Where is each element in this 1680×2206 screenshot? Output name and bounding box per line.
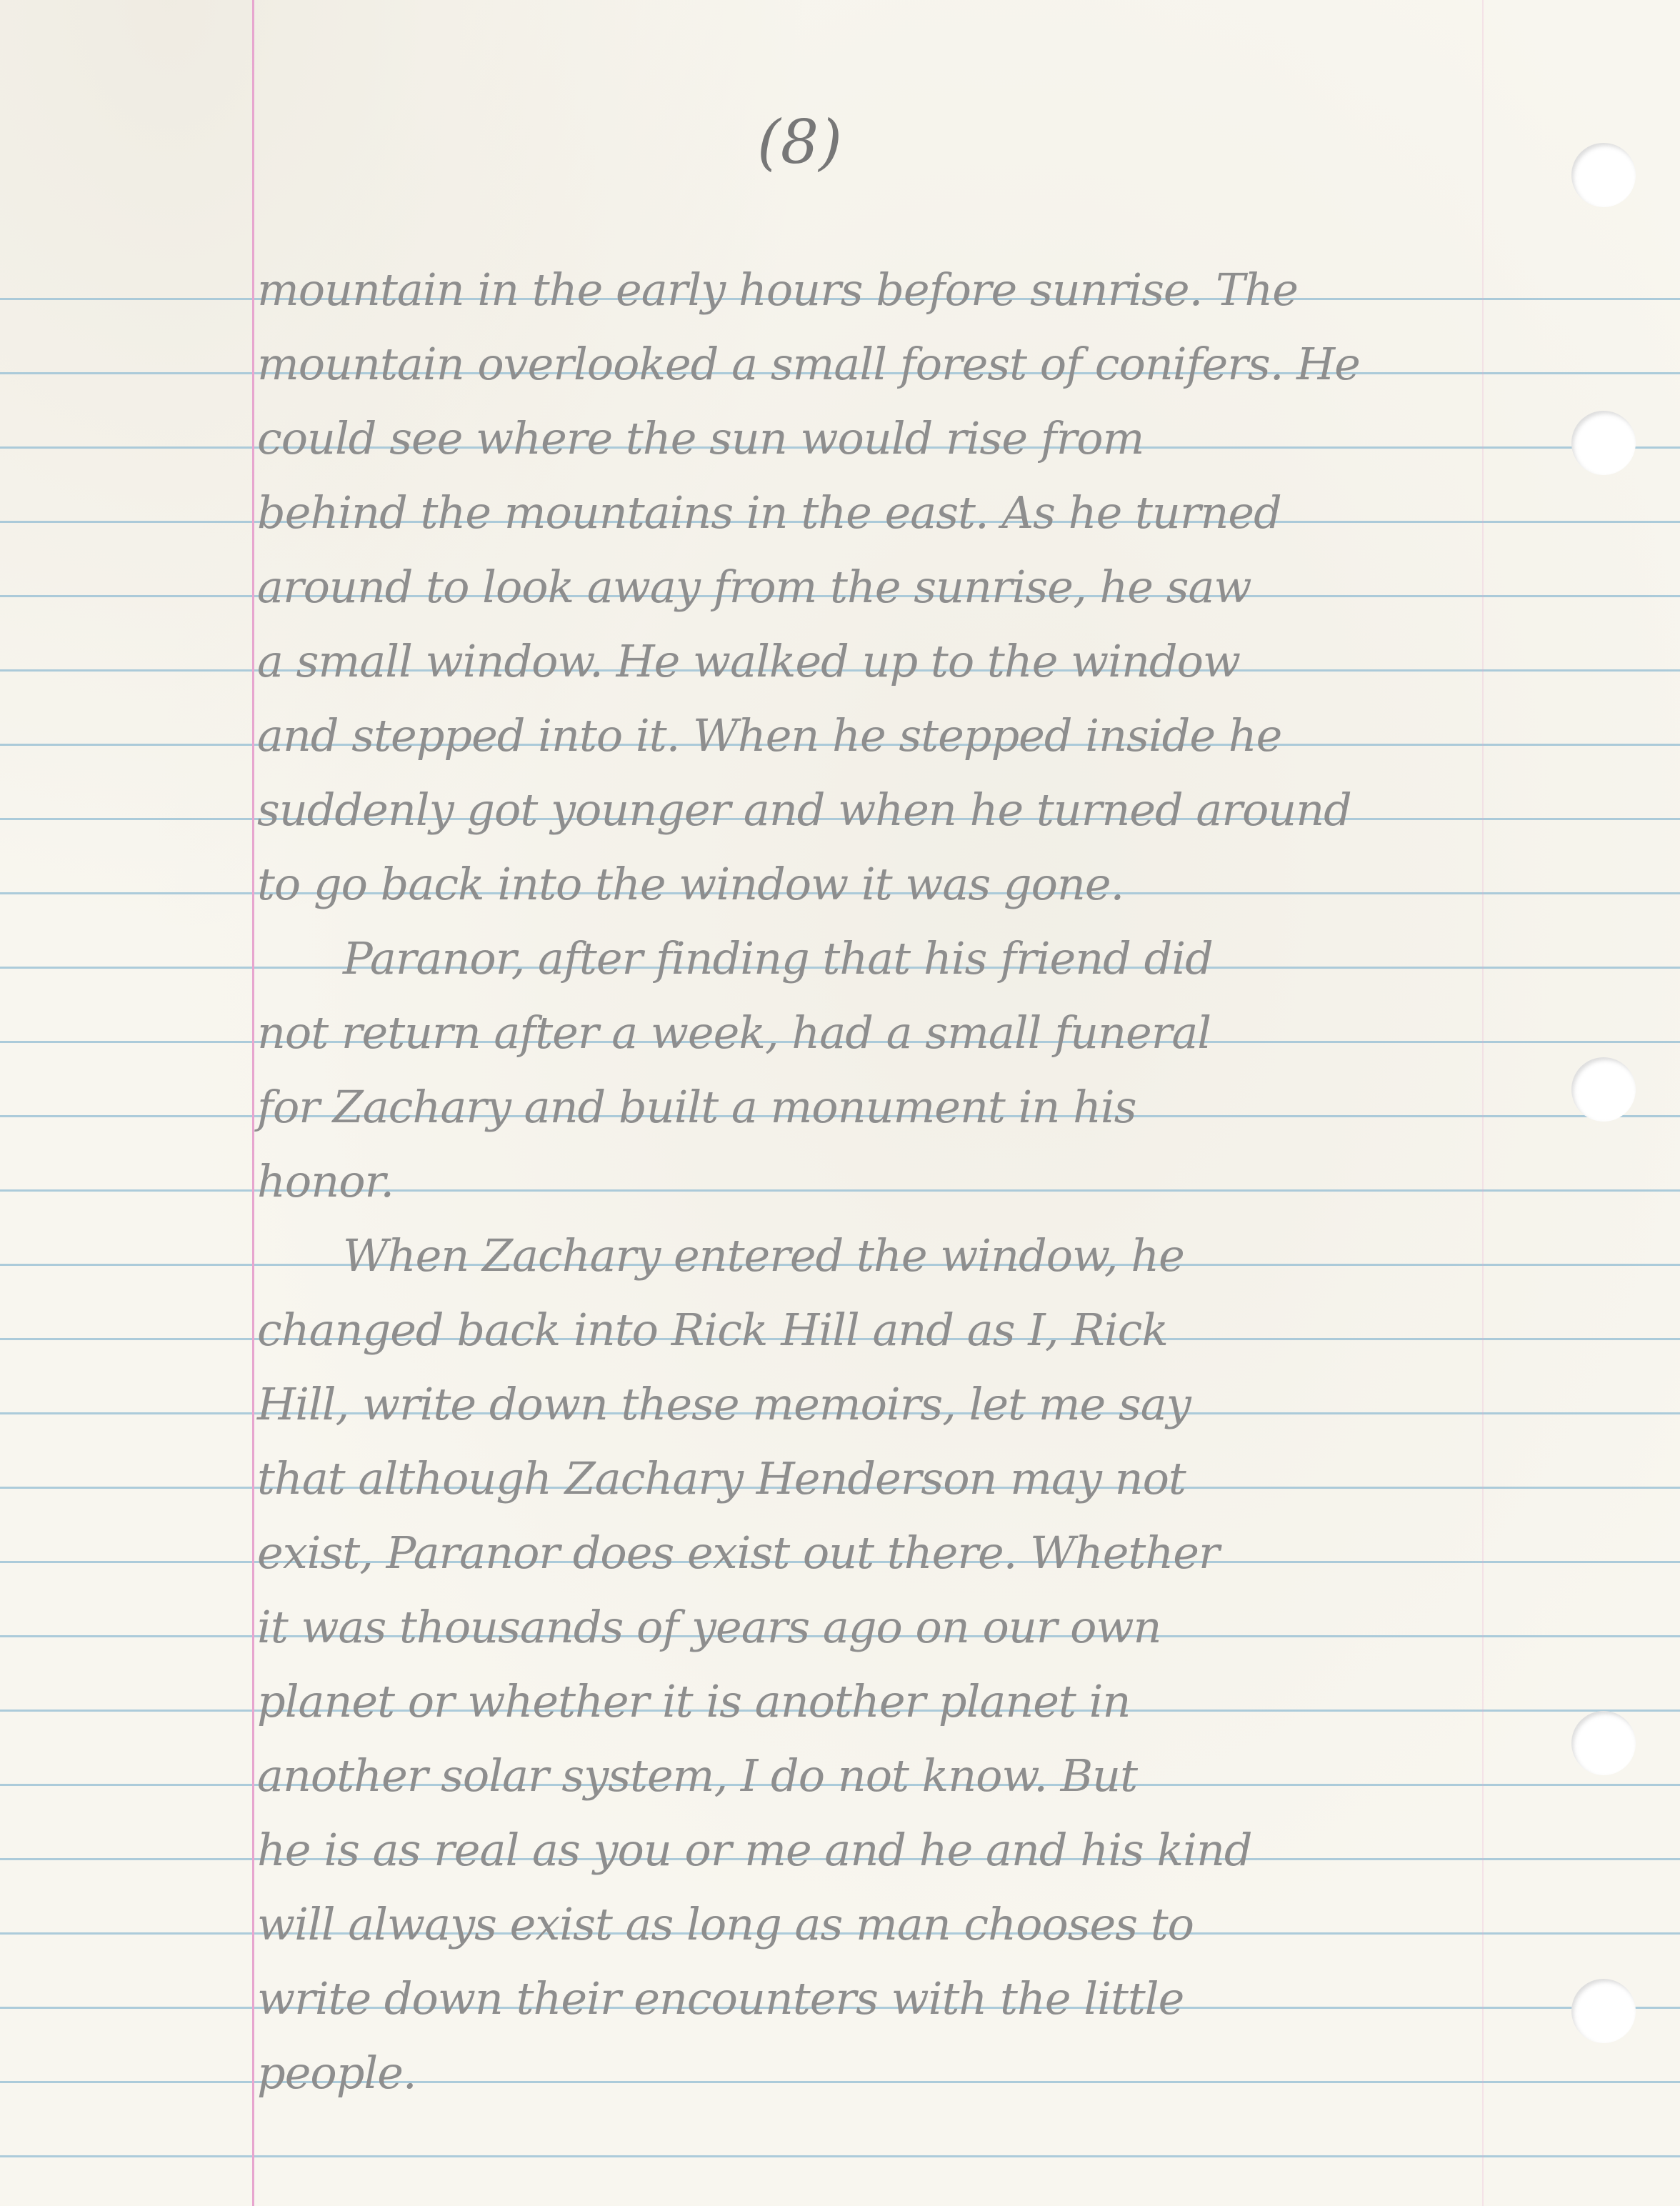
text-line: could see where the sun would rise from — [257, 401, 1514, 476]
notebook-page: (8) mountain in the early hours before s… — [0, 0, 1680, 2206]
text-line: changed back into Rick Hill and as I, Ri… — [257, 1293, 1514, 1367]
text-line: exist, Paranor does exist out there. Whe… — [257, 1516, 1514, 1590]
punch-hole — [1571, 143, 1636, 207]
text-line: a small window. He walked up to the wind… — [257, 624, 1514, 699]
text-line: suddenly got younger and when he turned … — [257, 773, 1514, 847]
text-line: he is as real as you or me and he and hi… — [257, 1813, 1514, 1887]
text-line: mountain overlooked a small forest of co… — [257, 327, 1514, 401]
text-line: When Zachary entered the window, he — [257, 1219, 1514, 1293]
text-line: and stepped into it. When he stepped ins… — [257, 699, 1514, 773]
text-line: write down their encounters with the lit… — [257, 1962, 1514, 2036]
punch-hole — [1571, 1711, 1636, 1775]
text-line: another solar system, I do not know. But — [257, 1739, 1514, 1813]
text-line: honor. — [257, 1144, 1514, 1219]
punch-hole — [1571, 1979, 1636, 2043]
text-line: planet or whether it is another planet i… — [257, 1665, 1514, 1739]
punch-hole — [1571, 1057, 1636, 1122]
margin-line — [252, 0, 254, 2206]
text-line: that although Zachary Henderson may not — [257, 1442, 1514, 1516]
page-number: (8) — [757, 107, 842, 177]
text-line: around to look away from the sunrise, he… — [257, 550, 1514, 624]
text-line: people. — [257, 2036, 1514, 2110]
text-line: to go back into the window it was gone. — [257, 847, 1514, 922]
text-line: mountain in the early hours before sunri… — [257, 253, 1514, 327]
text-line: behind the mountains in the east. As he … — [257, 476, 1514, 550]
text-line: it was thousands of years ago on our own — [257, 1590, 1514, 1665]
text-line: not return after a week, had a small fun… — [257, 996, 1514, 1070]
text-line: will always exist as long as man chooses… — [257, 1887, 1514, 1962]
text-line: for Zachary and built a monument in his — [257, 1070, 1514, 1144]
text-line: Hill, write down these memoirs, let me s… — [257, 1367, 1514, 1442]
punch-hole — [1571, 411, 1636, 475]
text-line: Paranor, after finding that his friend d… — [257, 922, 1514, 996]
handwritten-text: mountain in the early hours before sunri… — [257, 261, 1514, 2119]
